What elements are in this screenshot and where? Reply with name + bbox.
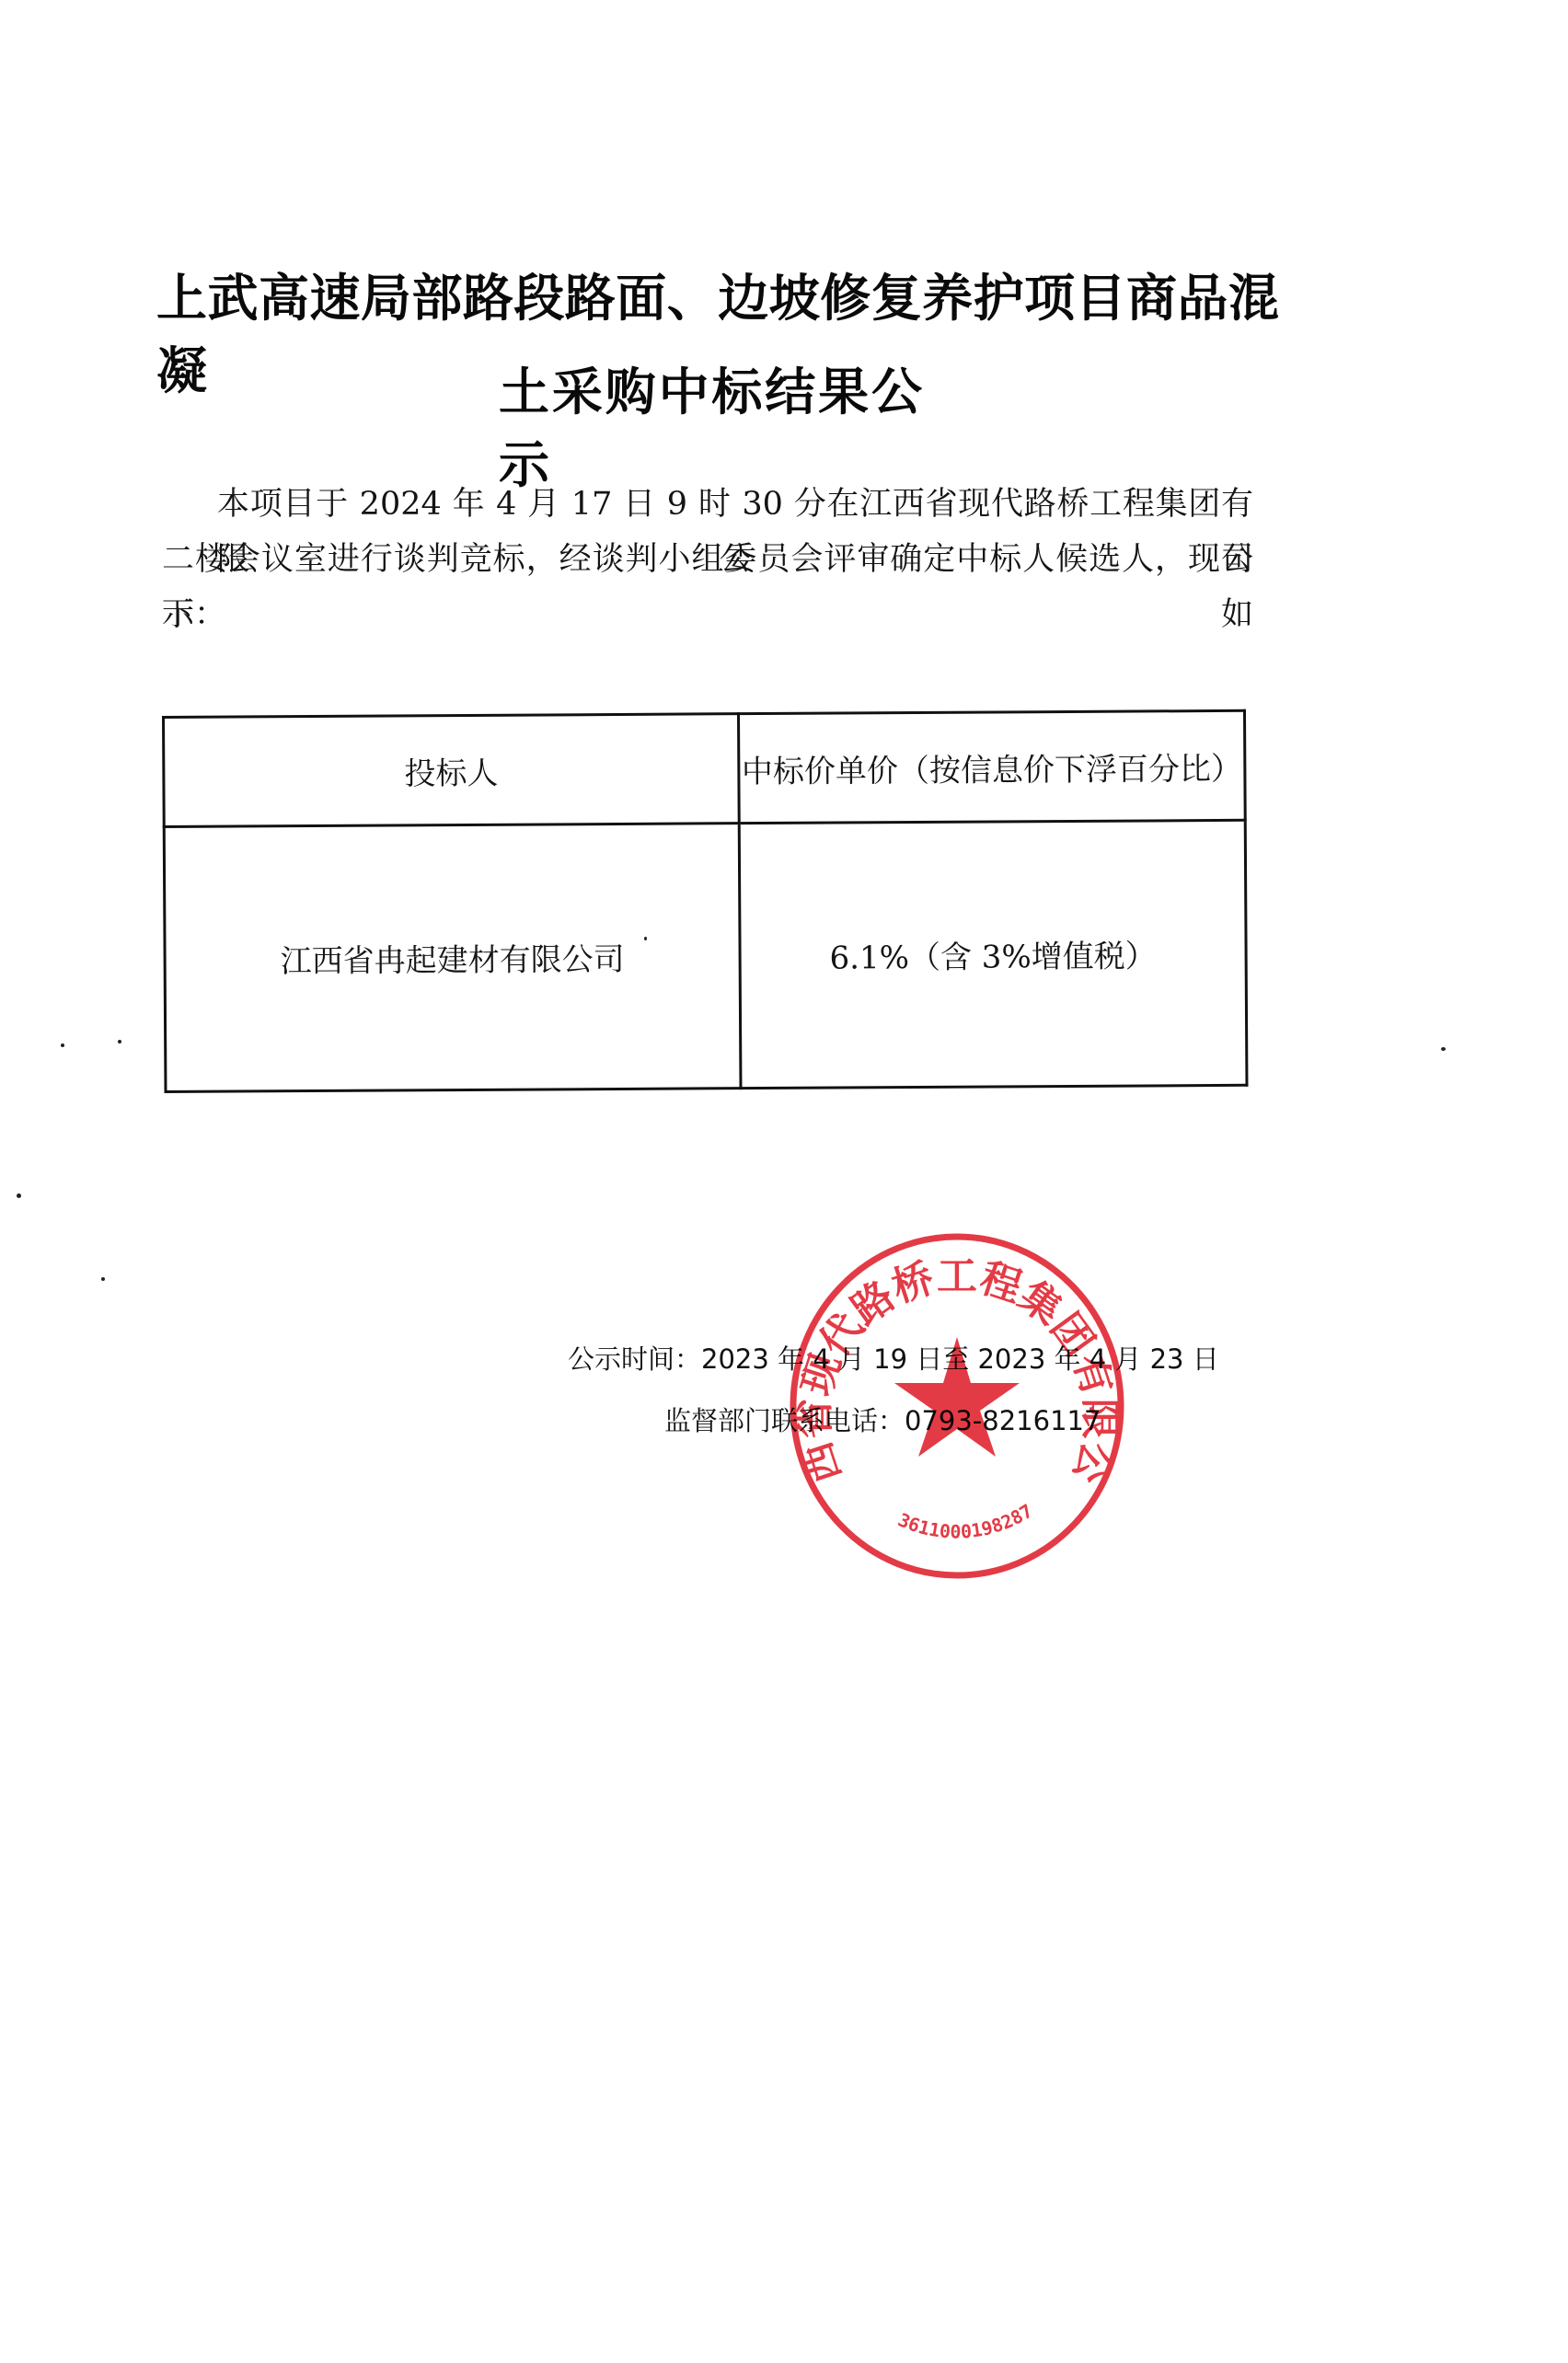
scan-speck	[1441, 1047, 1446, 1051]
scan-speck	[644, 937, 647, 940]
body-paragraph-line-3: 下：	[162, 587, 226, 642]
scan-speck	[101, 1277, 105, 1281]
award-result-table: 投标人 中标价单价（按信息价下浮百分比） 江西省冉起建材有限公司 6.1%（含 …	[162, 709, 1248, 1093]
seal-code-text: 3611000198287	[894, 1500, 1036, 1543]
scan-speck	[118, 1040, 121, 1043]
publicity-period: 公示时间：2023 年 4 月 19 日至 2023 年 4 月 23 日	[568, 1339, 1219, 1377]
document-title-line-2: 土采购中标结果公示	[499, 352, 922, 497]
scan-speck	[17, 1193, 21, 1198]
table-row: 江西省冉起建材有限公司 6.1%（含 3%增值税）	[164, 820, 1247, 1091]
scan-speck	[61, 1043, 64, 1047]
header-bidder: 投标人	[164, 714, 740, 827]
header-bid-price: 中标价单价（按信息价下浮百分比）	[738, 710, 1245, 823]
supervision-contact-phone: 监督部门联系电话：0793-8216117	[664, 1401, 1101, 1438]
table-header-row: 投标人 中标价单价（按信息价下浮百分比）	[164, 710, 1246, 826]
cell-bidder-name: 江西省冉起建材有限公司	[164, 824, 741, 1092]
body-paragraph-line-2: 二楼会议室进行谈判竞标，经谈判小组委员会评审确定中标人候选人，现公示如	[162, 532, 1253, 642]
cell-bid-price: 6.1%（含 3%增值税）	[739, 820, 1247, 1088]
